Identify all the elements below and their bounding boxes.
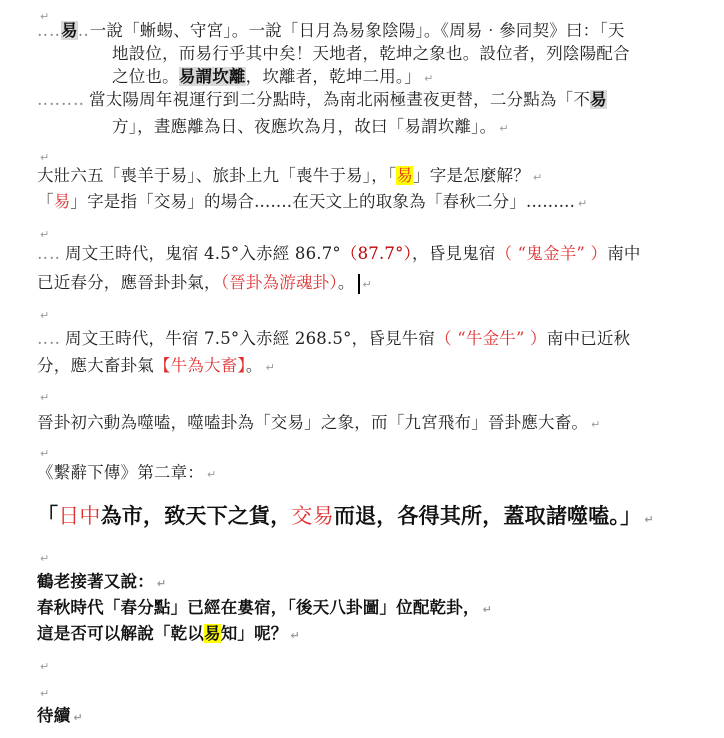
paragraph-mark: ↵ [578,197,587,210]
text: 而退，各得其所，蓋取諸噬嗑。」 [334,503,642,528]
leader-dots: ‥‥ [37,21,61,40]
empty-paragraph[interactable]: ↵ [37,385,49,409]
text: 分，應大畜卦氣 [37,356,154,375]
paragraph-mark: ↵ [40,391,49,404]
paragraph-mark: ↵ [40,687,49,700]
leader-dots: ‥ [78,21,90,40]
empty-paragraph[interactable]: ↵ [37,546,49,570]
he-line-1[interactable]: 鶴老接著又說：↵ [37,571,166,595]
paragraph-mark: ↵ [40,447,49,460]
paragraph-mark: ↵ [40,228,49,241]
red-name: （ “鬼金羊” ） [496,244,608,263]
red-yi: 易 [54,192,71,211]
leader-dots: ‥‥ [37,329,61,348]
red-value: （87.7°） [341,244,412,263]
definition-line-4[interactable]: ‥‥‥‥當太陽周年視運行到二分點時，為南北兩極晝夜更替，二分點為「不易 [37,89,607,111]
paragraph-mark: ↵ [499,122,508,135]
paragraph-mark: ↵ [40,309,49,322]
quote-paragraph[interactable]: 「日中為市，致天下之貨，交易而退，各得其所，蓋取諸噬嗑。」↵ [37,502,654,534]
paragraph-mark: ↵ [591,418,600,431]
text: 。 [246,356,263,375]
text: 方」，晝應離為日、夜應坎為月，故曰「易謂坎離」。 [112,117,496,136]
xici-title[interactable]: 《繫辭下傳》第二章：↵ [37,462,216,486]
paragraph-mark: ↵ [483,603,492,616]
text: 周文王時代，牛宿 7.5°入赤經 268.5°，昏見牛宿 [65,329,435,348]
to-be-continued[interactable]: 待續↵ [37,705,83,729]
niu-line-1[interactable]: ‥‥周文王時代，牛宿 7.5°入赤經 268.5°，昏見牛宿（ “牛金牛” ）南… [37,328,630,350]
term-yi: 易 [590,90,607,109]
text: 春秋時代「春分點」已經在婁宿，「後天八卦圖」位配乾卦， [37,598,480,617]
he-line-3[interactable]: 這是否可以解說「乾以易知」呢？↵ [37,623,300,647]
leader-dots: ‥‥‥‥ [37,90,85,109]
red-phrase: 日中 [58,504,100,528]
text: 「 [37,503,58,528]
paragraph-mark: ↵ [363,278,372,291]
text: 大壯六五「喪羊于易」、旅卦上九「喪牛于易」，「 [37,166,396,185]
leader-dots: ‥‥ [37,244,61,263]
text: ，昏見鬼宿 [412,244,496,263]
paragraph-mark: ↵ [73,711,82,724]
text: 鶴老接著又說： [37,572,154,591]
text: 這是否可以解說「乾以 [37,624,204,643]
text: 南中已近秋 [547,329,631,348]
text: 為市，致天下之貨， [101,503,292,528]
text: 周文王時代，鬼宿 4.5°入赤經 86.7° [65,244,341,263]
text: 」字是指「交易」的場合.......在天文上的取象為「春秋二分」........… [70,192,575,211]
empty-paragraph[interactable]: ↵ [37,303,49,327]
paragraph-mark: ↵ [40,660,49,673]
definition-line-5[interactable]: 方」，晝應離為日、夜應坎為月，故曰「易謂坎離」。↵ [112,116,509,140]
text-cursor [358,274,360,294]
text: 「 [37,192,54,211]
text: 當太陽周年視運行到二分點時，為南北兩極晝夜更替，二分點為「不 [89,90,590,109]
gui-line-1[interactable]: ‥‥周文王時代，鬼宿 4.5°入赤經 86.7°（87.7°），昏見鬼宿（ “鬼… [37,243,641,265]
question-line-1[interactable]: 大壯六五「喪羊于易」、旅卦上九「喪牛于易」，「易」字是怎麼解？↵ [37,165,542,189]
text: 晉卦初六動為噬嗑，噬嗑卦為「交易」之象，而「九宮飛布」晉卦應大畜。 [37,413,588,432]
red-phrase: 交易 [291,504,333,528]
question-line-2[interactable]: 「易」字是指「交易」的場合.......在天文上的取象為「春秋二分」......… [37,191,587,215]
paragraph-mark: ↵ [424,72,433,85]
text: 南中 [607,244,640,263]
definition-line-3[interactable]: 之位也。易謂坎離，坎離者，乾坤二用。」↵ [112,66,434,90]
text: 地設位，而易行乎其中矣！天地者，乾坤之象也。設位者，列陰陽配合 [112,44,630,63]
empty-paragraph[interactable]: ↵ [37,654,49,678]
text: 。 [338,273,355,292]
paragraph-mark: ↵ [266,361,275,374]
he-line-2[interactable]: 春秋時代「春分點」已經在婁宿，「後天八卦圖」位配乾卦，↵ [37,597,492,621]
paragraph-mark: ↵ [40,151,49,164]
text: 待續 [37,706,70,725]
paragraph-mark: ↵ [291,629,300,642]
text: 之位也。 [112,67,179,86]
paragraph-mark: ↵ [644,513,653,526]
red-note: （晉卦為游魂卦） [221,273,338,292]
definition-line-2[interactable]: 地設位，而易行乎其中矣！天地者，乾坤之象也。設位者，列陰陽配合 [112,43,630,65]
bold-phrase: 易謂坎離 [179,67,246,86]
term-yi: 易 [61,21,78,40]
gui-line-2[interactable]: 已近春分，應晉卦卦氣，（晉卦為游魂卦）。↵ [37,272,372,296]
jin-paragraph[interactable]: 晉卦初六動為噬嗑，噬嗑卦為「交易」之象，而「九宮飛布」晉卦應大畜。↵ [37,412,601,436]
text: 知」呢？ [221,624,288,643]
empty-paragraph[interactable]: ↵ [37,681,49,705]
text: 《繫辭下傳》第二章： [37,463,204,482]
highlighted-yi: 易 [204,624,221,643]
paragraph-mark: ↵ [533,171,542,184]
paragraph-mark: ↵ [40,552,49,565]
red-name: （ “牛金牛” ） [435,329,547,348]
niu-line-2[interactable]: 分，應大畜卦氣【牛為大畜】。↵ [37,355,275,379]
paragraph-mark: ↵ [157,577,166,590]
paragraph-mark: ↵ [207,468,216,481]
text: ，坎離者，乾坤二用。」 [246,67,421,86]
text: 已近春分，應晉卦卦氣， [37,273,221,292]
highlighted-yi: 易 [396,166,413,185]
red-note: 【牛為大畜】 [154,356,246,375]
text: 」字是怎麼解？ [413,166,530,185]
definition-line-1[interactable]: ‥‥易‥一說「蜥蜴、守宮」。一說「日月為易象陰陽」。《周易‧參同契》曰：「天 [37,20,625,42]
text: 一說「蜥蜴、守宮」。一說「日月為易象陰陽」。《周易‧參同契》曰：「天 [90,21,625,40]
